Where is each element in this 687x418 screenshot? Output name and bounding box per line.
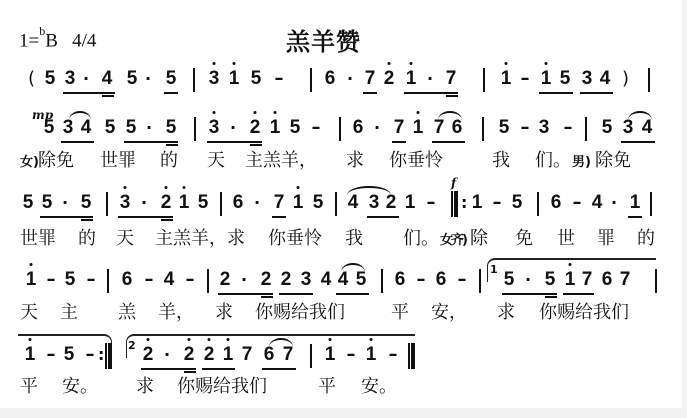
lyric: 求 (346, 150, 364, 172)
note: 3 (61, 117, 75, 139)
lyric: 天 (20, 302, 38, 324)
lyric: 世罪 (20, 228, 56, 250)
lyric: 世 (557, 228, 575, 250)
lyric: 天 (207, 150, 225, 172)
song-title: 羔羊赞 (286, 22, 361, 57)
underline (63, 92, 115, 94)
note: 2 (279, 269, 293, 291)
underline (218, 293, 273, 295)
barline (335, 192, 337, 216)
note: 2 (248, 117, 262, 139)
note: 5 (502, 269, 516, 291)
voice-label-tutti: 女齐) (440, 230, 466, 252)
note: 5 (124, 117, 138, 139)
open-paren: ( (28, 68, 35, 90)
lyric: 羔 (118, 302, 136, 324)
note: 1 (323, 344, 337, 366)
note: 3 (118, 192, 132, 214)
note: 4 (319, 269, 333, 291)
note: 4 (640, 117, 654, 139)
lyric: 平 (391, 302, 409, 324)
underline (363, 92, 377, 94)
lyric: 你垂怜 (268, 228, 322, 250)
underline (262, 368, 296, 370)
underline (164, 92, 178, 94)
dot: · (162, 344, 172, 366)
note: 7 (618, 269, 632, 291)
underline (166, 144, 178, 146)
barline (381, 269, 383, 293)
lyric: 你赐给我们 (539, 302, 629, 324)
note: 7 (272, 192, 286, 214)
underline (102, 95, 114, 97)
dash: – (272, 68, 286, 90)
slur (341, 263, 365, 272)
note: 6 (351, 117, 365, 139)
note: 6 (120, 269, 134, 291)
lyric: 除 (470, 228, 488, 250)
note: 2 (218, 269, 232, 291)
lyric: 平 (318, 376, 336, 398)
note: 4 (100, 68, 114, 90)
barline (482, 117, 484, 141)
dash: – (561, 117, 575, 139)
underline (40, 216, 93, 218)
key-signature: 1=bB 4/4 (19, 28, 96, 52)
note: 5 (164, 117, 178, 139)
key-label: 1= (19, 30, 39, 51)
note: 7 (281, 344, 295, 366)
note: 1 (404, 68, 418, 90)
note: 5 (558, 68, 572, 90)
note: 1 (403, 192, 417, 214)
note: 5 (288, 117, 302, 139)
note: 1 (227, 68, 241, 90)
barline (310, 344, 312, 368)
underline (272, 216, 286, 218)
lyric: 平 (20, 376, 38, 398)
barline (220, 192, 222, 216)
lyric: 们。 (403, 228, 439, 250)
underline (621, 141, 655, 143)
note: 2 (141, 344, 155, 366)
dot: · (60, 192, 70, 214)
lyric: 的 (160, 150, 178, 172)
note: 1 (177, 192, 191, 214)
underline (118, 216, 173, 218)
underline (432, 141, 465, 143)
note: 5 (79, 192, 93, 214)
underline (367, 216, 399, 218)
barline (339, 117, 341, 141)
dot: · (425, 68, 435, 90)
underline (336, 293, 369, 295)
barline (479, 269, 481, 293)
note: 2 (384, 192, 398, 214)
barline (107, 269, 109, 293)
note: 6 (450, 117, 464, 139)
note: 5 (62, 344, 76, 366)
first-ending-number: 1 (490, 263, 498, 276)
lyric: 主 (60, 302, 78, 324)
dash: – (44, 269, 58, 291)
dash: – (424, 192, 438, 214)
note: 6 (393, 269, 407, 291)
lyric: 我 (345, 228, 363, 250)
note: 4 (598, 68, 612, 90)
lyric: 免 (515, 228, 533, 250)
underline (250, 144, 262, 146)
note: 5 (63, 269, 77, 291)
note: 6 (231, 192, 245, 214)
barline (648, 68, 650, 92)
note: 5 (354, 269, 368, 291)
dot: · (345, 68, 355, 90)
underline (184, 371, 196, 373)
lyric: 主羔羊，求 (155, 228, 245, 250)
note: 3 (207, 68, 221, 90)
note: 5 (164, 68, 178, 90)
dash: – (570, 192, 584, 214)
note: 5 (21, 192, 35, 214)
note: 2 (159, 192, 173, 214)
repeat-dots: : (98, 344, 104, 366)
note: 6 (549, 192, 563, 214)
note: 3 (207, 117, 221, 139)
voice-label-male: 男) (572, 152, 591, 174)
lyric: 求 (136, 376, 154, 398)
note: 1 (628, 192, 642, 214)
repeat-dots: : (461, 192, 467, 214)
note: 1 (411, 117, 425, 139)
second-ending-number: 2 (128, 339, 136, 352)
lyric: 世罪 (100, 150, 136, 172)
dot: · (523, 269, 533, 291)
dynamic-f: f (451, 176, 456, 190)
note: 5 (43, 68, 57, 90)
barline (194, 117, 196, 141)
dash: – (455, 269, 469, 291)
underline (545, 296, 557, 298)
underline (446, 95, 458, 97)
dot: · (228, 117, 238, 139)
note: 4 (346, 192, 360, 214)
dot: · (139, 192, 149, 214)
lyric: 主羔羊， (245, 150, 317, 172)
note: 4 (336, 269, 350, 291)
lyric: 你赐给我们 (177, 376, 267, 398)
slur (628, 111, 652, 120)
barline (106, 192, 108, 216)
note: 1 (364, 344, 378, 366)
note: 3 (537, 117, 551, 139)
note: 5 (543, 269, 557, 291)
barline (655, 269, 657, 293)
underline (628, 216, 642, 218)
note: 2 (259, 269, 273, 291)
time-signature: 4/4 (72, 30, 96, 51)
slur (438, 111, 462, 120)
note: 7 (240, 344, 254, 366)
repeat-end-barline (105, 343, 112, 369)
lyric: 罪 (597, 228, 615, 250)
note: 4 (590, 192, 604, 214)
underline (202, 368, 235, 370)
dash: – (83, 344, 97, 366)
lyric: 求 (497, 302, 515, 324)
underline (404, 92, 458, 94)
underline (279, 293, 313, 295)
note: 1 (539, 68, 553, 90)
note: 3 (621, 117, 635, 139)
lyric: 除免 (595, 150, 631, 172)
underline (141, 368, 196, 370)
underline (502, 293, 557, 295)
underline (392, 141, 406, 143)
note: 1 (470, 192, 484, 214)
dot: · (81, 68, 91, 90)
underline (61, 141, 94, 143)
underline (539, 92, 573, 94)
note: 7 (392, 117, 406, 139)
score-sheet: 1=bB 4/4 羔羊赞 ( 5 3 · 4 5 · 5 3 1 5 – 6 ·… (0, 0, 682, 408)
dot: · (372, 117, 382, 139)
note: 3 (580, 68, 594, 90)
note: 1 (291, 192, 305, 214)
close-paren: ) (622, 68, 629, 90)
note: 5 (196, 192, 210, 214)
note: 1 (23, 344, 37, 366)
note: 5 (40, 192, 54, 214)
note: 6 (434, 269, 448, 291)
dot: · (252, 192, 262, 214)
lyric: 们。 (535, 150, 571, 172)
dash: – (386, 344, 400, 366)
note: 2 (202, 344, 216, 366)
voice-label-female: 女) (20, 152, 39, 174)
lyric: 安， (431, 302, 467, 324)
dash: – (309, 117, 323, 139)
underline (261, 296, 273, 298)
dash: – (84, 269, 98, 291)
note: 5 (42, 117, 56, 139)
note: 1 (24, 269, 38, 291)
note: 1 (221, 344, 235, 366)
note: 1 (268, 117, 282, 139)
dot: · (239, 269, 249, 291)
lyric: 天 (116, 228, 134, 250)
lyric: 你赐给我们 (255, 302, 345, 324)
underline (207, 141, 262, 143)
barline (310, 68, 312, 92)
dash: – (490, 192, 504, 214)
dash: – (414, 269, 428, 291)
note: 1 (563, 269, 577, 291)
dash: – (518, 68, 532, 90)
flat-sign: b (39, 24, 45, 38)
underline (81, 219, 93, 221)
note: 2 (382, 68, 396, 90)
note: 3 (299, 269, 313, 291)
dash: – (344, 344, 358, 366)
lyric: 羊， (158, 302, 194, 324)
underline (124, 141, 178, 143)
note: 6 (600, 269, 614, 291)
note: 5 (311, 192, 325, 214)
dash: – (518, 117, 532, 139)
slur (69, 111, 91, 120)
dot: · (144, 117, 154, 139)
note: 6 (262, 344, 276, 366)
underline (580, 92, 613, 94)
dot: · (143, 68, 153, 90)
note: 2 (182, 344, 196, 366)
note: 3 (63, 68, 77, 90)
lyric: 我 (492, 150, 510, 172)
lyric: 你垂怜 (389, 150, 443, 172)
barline (193, 68, 195, 92)
lyric: 除免 (38, 150, 74, 172)
lyric: 安。 (361, 376, 397, 398)
note: 5 (249, 68, 263, 90)
note: 5 (600, 117, 614, 139)
lyric: 安。 (62, 376, 98, 398)
note: 5 (510, 192, 524, 214)
repeat-start-barline (451, 191, 458, 217)
barline (207, 269, 209, 293)
note: 7 (580, 269, 594, 291)
dot: · (609, 192, 619, 214)
barline (650, 192, 652, 216)
note: 5 (103, 117, 117, 139)
dash: – (142, 269, 156, 291)
key-note: B (45, 30, 58, 51)
barline (483, 68, 485, 92)
note: 3 (367, 192, 381, 214)
note: 7 (363, 68, 377, 90)
final-barline (408, 343, 415, 369)
note: 4 (162, 269, 176, 291)
underline (563, 293, 594, 295)
dash: – (183, 269, 197, 291)
underline (161, 219, 173, 221)
dash: – (44, 344, 58, 366)
note: 7 (432, 117, 446, 139)
note: 5 (497, 117, 511, 139)
note: 6 (323, 68, 337, 90)
lyric: 的 (78, 228, 96, 250)
lyric: 求 (215, 302, 233, 324)
note: 1 (499, 68, 513, 90)
note: 5 (125, 68, 139, 90)
barline (585, 117, 587, 141)
barline (537, 192, 539, 216)
note: 7 (444, 68, 458, 90)
note: 4 (79, 117, 93, 139)
lyric: 的 (637, 228, 655, 250)
